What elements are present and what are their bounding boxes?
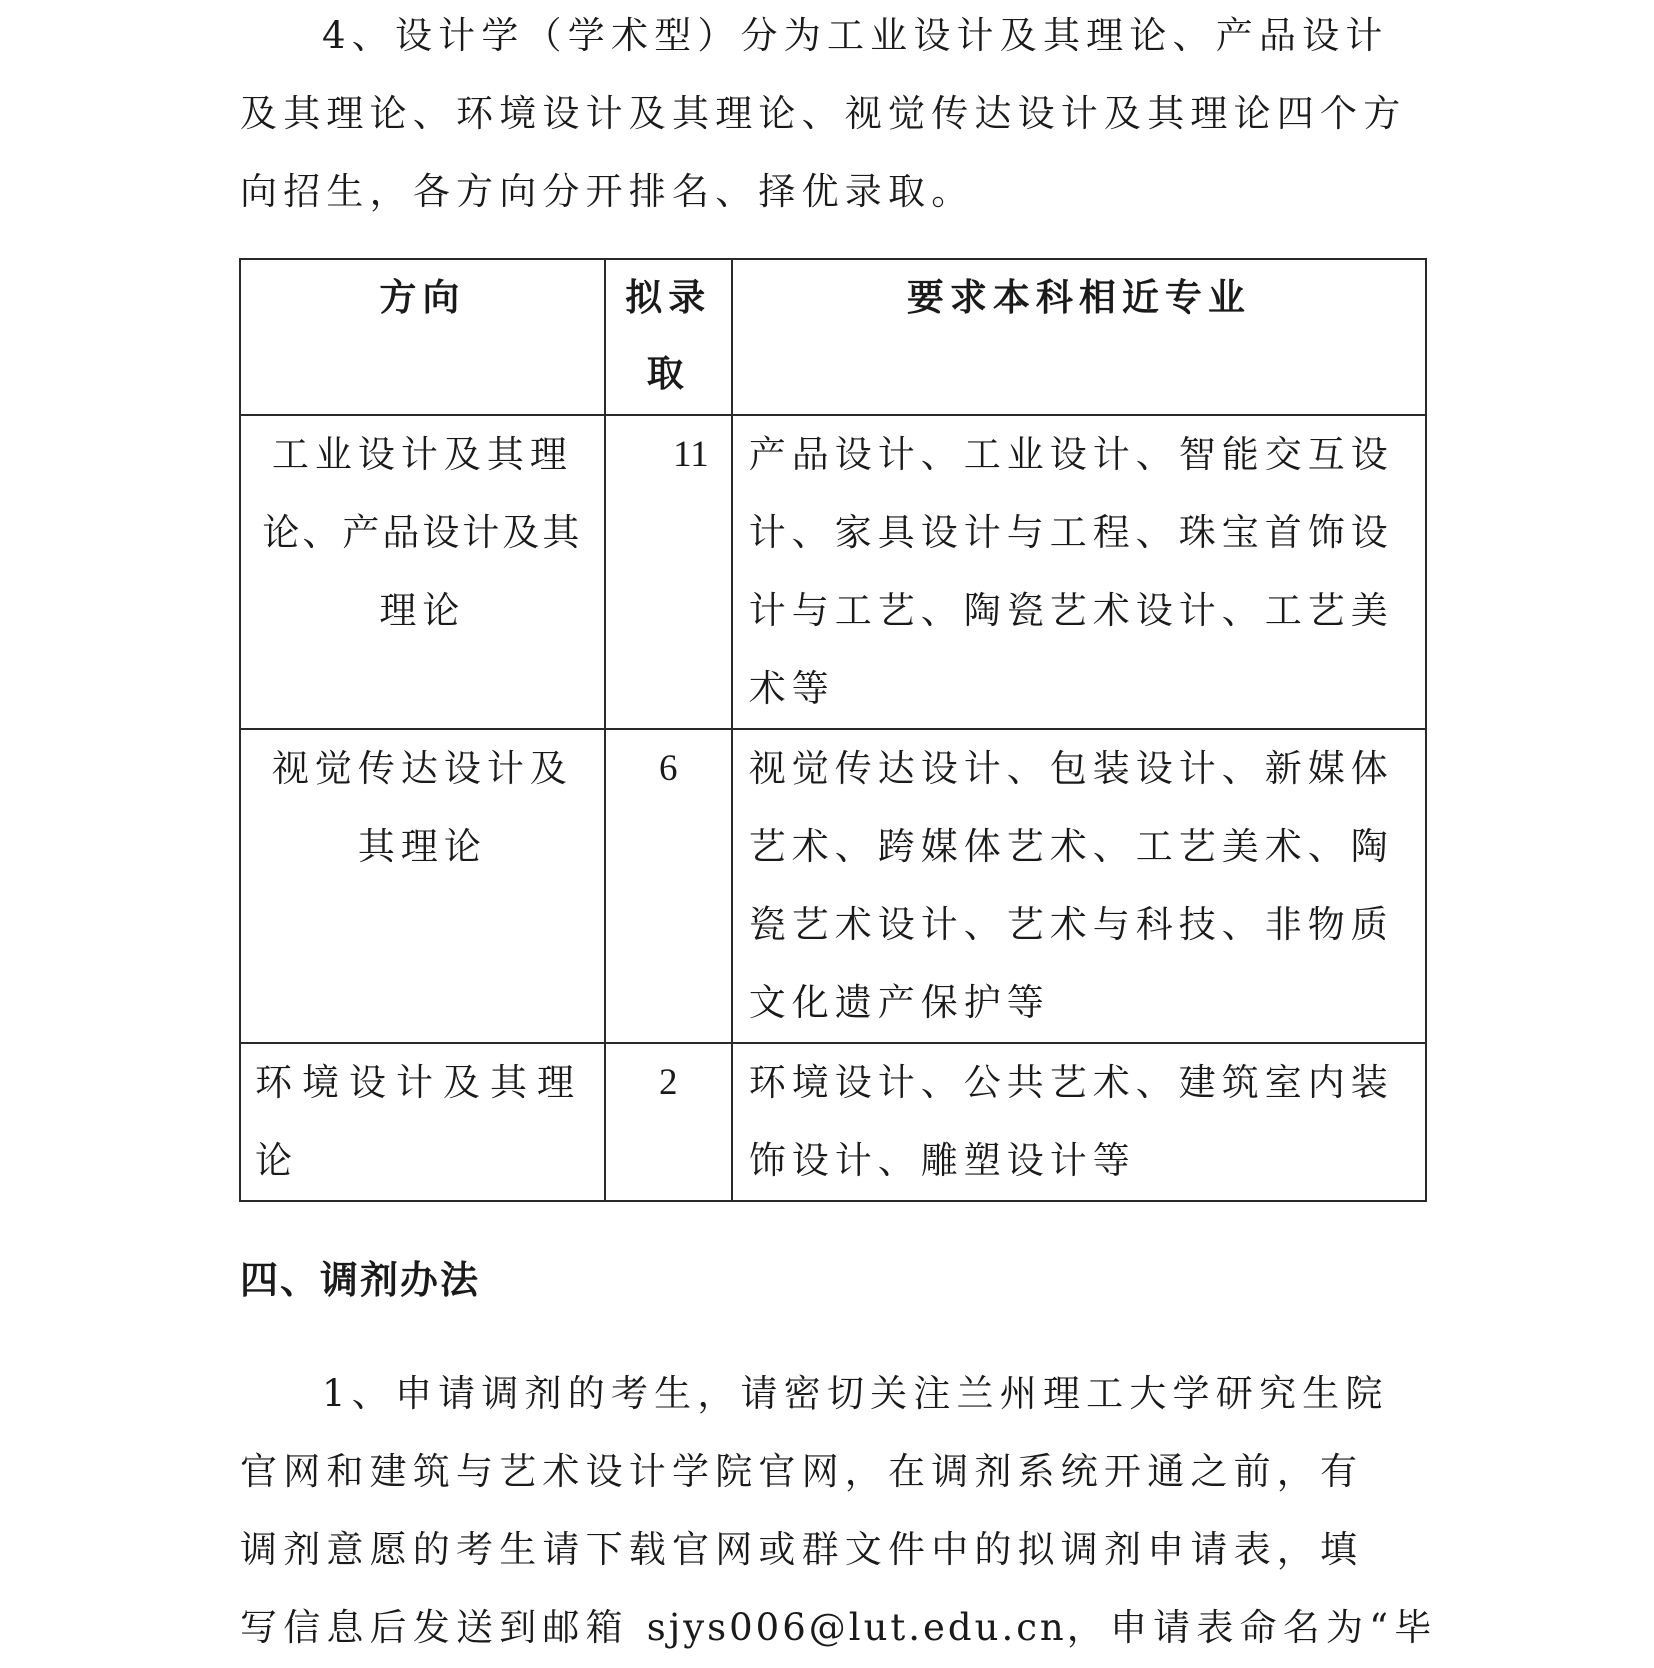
quota-value: 2: [606, 1044, 731, 1122]
header-direction: 方向: [240, 259, 605, 415]
cell-line: 饰设计、雕塑设计等: [749, 1122, 1411, 1200]
cell-line: 视觉传达设计、包装设计、新媒体: [749, 730, 1411, 808]
cell-line: 视觉传达设计及: [255, 730, 590, 808]
paragraph-line: 1、申请调剂的考生，请密切关注兰州理工大学研究生院: [240, 1355, 1428, 1433]
document-page: 4、设计学（学术型）分为工业设计及其理论、产品设计 及其理论、环境设计及其理论、…: [0, 0, 1654, 1668]
table-row: 环境设计及其理 论 2 环境设计、公共艺术、建筑室内装 饰设计、雕塑设计等: [240, 1043, 1426, 1201]
cell-line: 论、产品设计及其: [255, 494, 590, 572]
direction-cell: 工业设计及其理 论、产品设计及其 理论: [240, 415, 605, 729]
majors-cell: 产品设计、工业设计、智能交互设 计、家具设计与工程、珠宝首饰设 计与工艺、陶瓷艺…: [732, 415, 1426, 729]
paragraph-line: 及其理论、环境设计及其理论、视觉传达设计及其理论四个方: [240, 75, 1428, 153]
intro-paragraph: 4、设计学（学术型）分为工业设计及其理论、产品设计 及其理论、环境设计及其理论、…: [240, 0, 1428, 231]
paragraph-line: 4、设计学（学术型）分为工业设计及其理论、产品设计: [240, 0, 1428, 75]
quota-cell: 6: [605, 729, 732, 1043]
adjustment-paragraph: 1、申请调剂的考生，请密切关注兰州理工大学研究生院 官网和建筑与艺术设计学院官网…: [240, 1355, 1428, 1667]
quota-cell: 11: [605, 415, 732, 729]
cell-line: 其理论: [255, 808, 590, 886]
paragraph-line: 官网和建筑与艺术设计学院官网，在调剂系统开通之前，有: [240, 1433, 1428, 1511]
header-majors: 要求本科相近专业: [732, 259, 1426, 415]
cell-line: 论: [255, 1122, 590, 1200]
direction-quota-table: 方向 拟录 取 要求本科相近专业 工业设计及其理 论、产品设计及其 理论 11 …: [239, 258, 1427, 1202]
cell-line: 产品设计、工业设计、智能交互设: [749, 416, 1411, 494]
quota-value: 6: [606, 730, 731, 808]
cell-line: 环境设计、公共艺术、建筑室内装: [749, 1044, 1411, 1122]
cell-line: 术等: [749, 650, 1411, 728]
direction-cell: 视觉传达设计及 其理论: [240, 729, 605, 1043]
direction-cell: 环境设计及其理 论: [240, 1043, 605, 1201]
header-quota: 拟录 取: [605, 259, 732, 415]
paragraph-line: 向招生，各方向分开排名、择优录取。: [240, 153, 1428, 231]
cell-line: 文化遗产保护等: [749, 964, 1411, 1042]
line-suffix: ，申请表命名为“毕: [1067, 1606, 1438, 1649]
cell-line: 理论: [255, 572, 590, 650]
quota-value: 11: [606, 416, 731, 494]
section-heading: 四、调剂办法: [240, 1250, 480, 1310]
cell-line: 计与工艺、陶瓷艺术设计、工艺美: [749, 572, 1411, 650]
table-header-row: 方向 拟录 取 要求本科相近专业: [240, 259, 1426, 415]
paragraph-line: 写信息后发送到邮箱 sjys006@lut.edu.cn，申请表命名为“毕: [240, 1589, 1428, 1667]
table-row: 视觉传达设计及 其理论 6 视觉传达设计、包装设计、新媒体 艺术、跨媒体艺术、工…: [240, 729, 1426, 1043]
quota-cell: 2: [605, 1043, 732, 1201]
majors-cell: 环境设计、公共艺术、建筑室内装 饰设计、雕塑设计等: [732, 1043, 1426, 1201]
email-link[interactable]: sjys006@lut.edu.cn: [647, 1606, 1067, 1649]
cell-line: 计、家具设计与工程、珠宝首饰设: [749, 494, 1411, 572]
table-row: 工业设计及其理 论、产品设计及其 理论 11 产品设计、工业设计、智能交互设 计…: [240, 415, 1426, 729]
majors-cell: 视觉传达设计、包装设计、新媒体 艺术、跨媒体艺术、工艺美术、陶 瓷艺术设计、艺术…: [732, 729, 1426, 1043]
header-quota-line: 拟录: [606, 260, 731, 336]
cell-line: 工业设计及其理: [255, 416, 590, 494]
line-prefix: 写信息后发送到邮箱: [240, 1606, 647, 1649]
header-quota-line: 取: [606, 336, 731, 412]
cell-line: 艺术、跨媒体艺术、工艺美术、陶: [749, 808, 1411, 886]
cell-line: 环境设计及其理: [255, 1044, 590, 1122]
paragraph-line: 调剂意愿的考生请下载官网或群文件中的拟调剂申请表，填: [240, 1511, 1428, 1589]
cell-line: 瓷艺术设计、艺术与科技、非物质: [749, 886, 1411, 964]
